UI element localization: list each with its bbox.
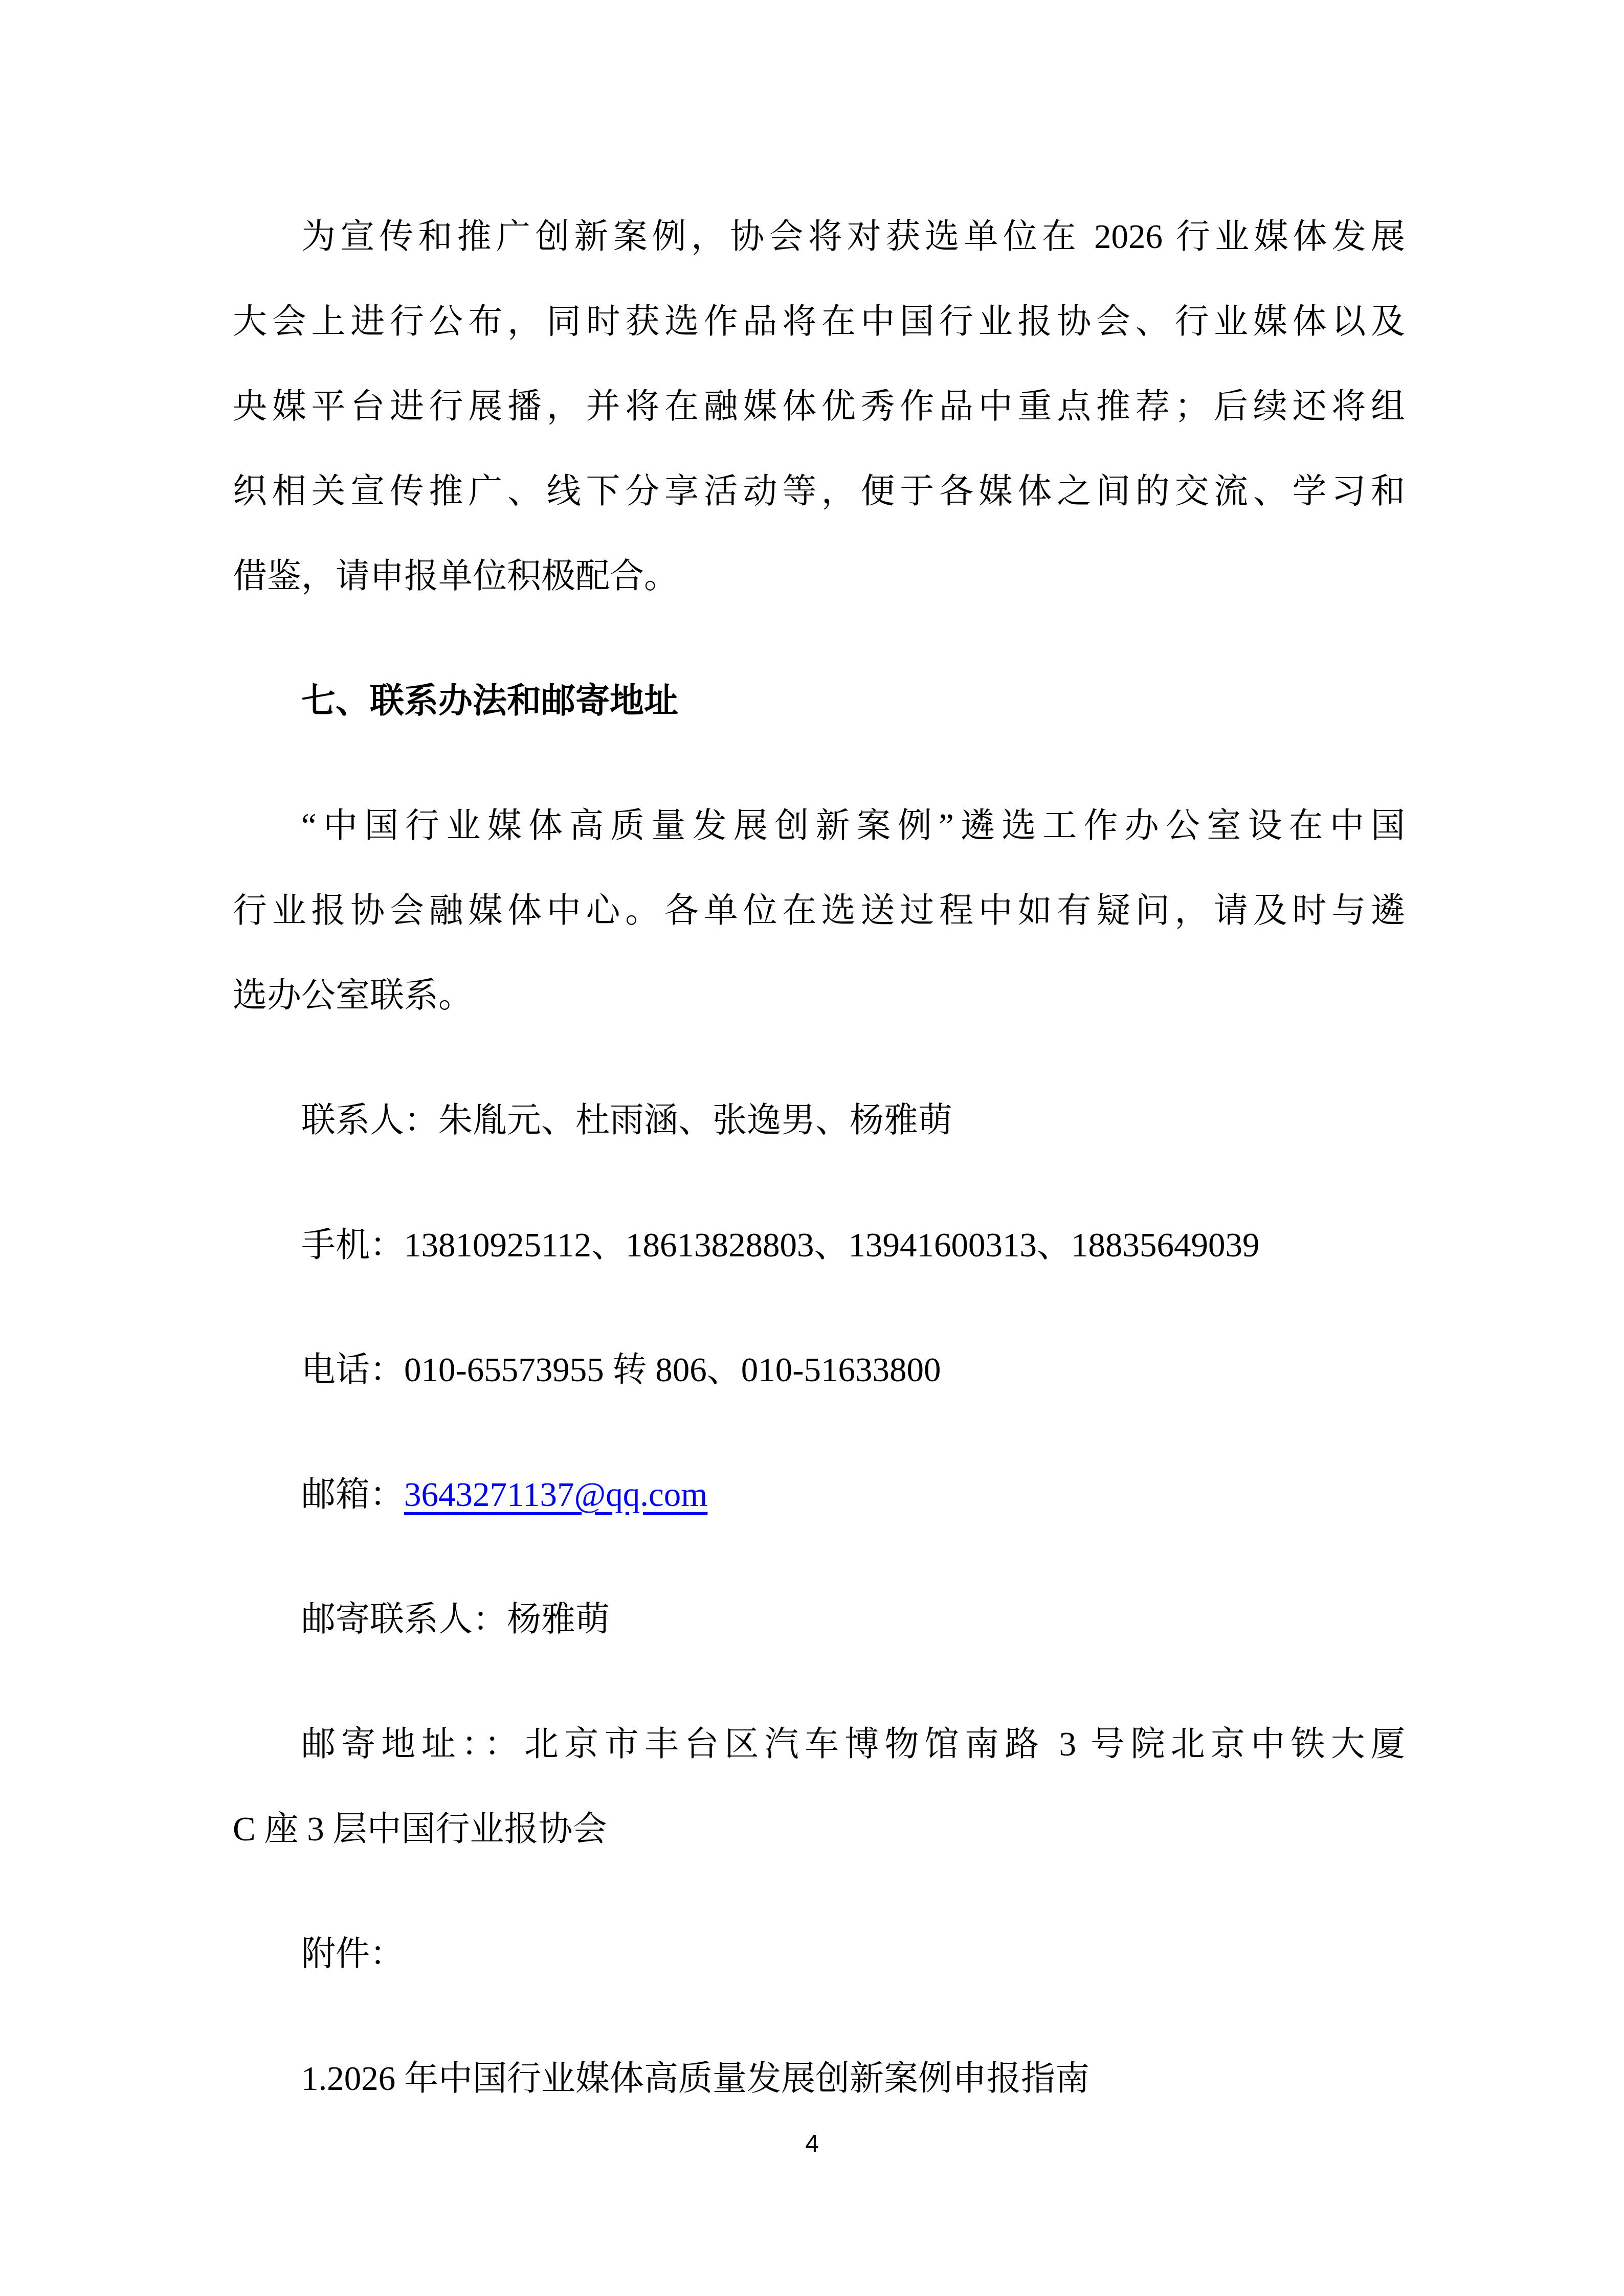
promo-paragraph: 为宣传和推广创新案例，协会将对获选单位在 2026 行业媒体发展 大会上进行公布…: [233, 194, 1405, 619]
mobile-line: 手机：13810925112、18613828803、13941600313、1…: [233, 1203, 1405, 1288]
mail-address-paragraph: 邮寄地址：：北京市丰台区汽车博物馆南路 3 号院北京中铁大厦 C 座 3 层中国…: [233, 1702, 1405, 1872]
promo-line-2: 大会上进行公布，同时获选作品将在中国行业报协会、行业媒体以及: [233, 279, 1405, 364]
mobile-text: 手机：13810925112、18613828803、13941600313、1…: [233, 1203, 1405, 1288]
promo-line-1: 为宣传和推广创新案例，协会将对获选单位在 2026 行业媒体发展: [233, 194, 1405, 279]
telephone-line: 电话：010-65573955 转 806、010-51633800: [233, 1327, 1405, 1412]
email-link[interactable]: 3643271137@qq.com: [404, 1476, 707, 1514]
attachments-label-line: 附件：: [233, 1911, 1405, 1996]
mail-address-line-2: C 座 3 层中国行业报协会: [233, 1787, 1405, 1872]
attachment-item-text: 1.2026 年中国行业媒体高质量发展创新案例申报指南: [233, 2036, 1405, 2121]
mail-address-line-1: 邮寄地址：：北京市丰台区汽车博物馆南路 3 号院北京中铁大厦: [233, 1702, 1405, 1787]
promo-line-5: 借鉴，请申报单位积极配合。: [233, 534, 1405, 619]
contact-person-text: 联系人：朱胤元、杜雨涵、张逸男、杨雅萌: [233, 1078, 1405, 1163]
document-page: 为宣传和推广创新案例，协会将对获选单位在 2026 行业媒体发展 大会上进行公布…: [0, 0, 1624, 2296]
office-line-3: 选办公室联系。: [233, 953, 1405, 1038]
email-line: 邮箱：3643271137@qq.com: [233, 1452, 1405, 1537]
document-body: 为宣传和推广创新案例，协会将对获选单位在 2026 行业媒体发展 大会上进行公布…: [233, 194, 1405, 2161]
section-heading-contact: 七、联系办法和邮寄地址: [233, 659, 1405, 744]
office-line-1: “中国行业媒体高质量发展创新案例”遴选工作办公室设在中国: [233, 783, 1405, 868]
telephone-text: 电话：010-65573955 转 806、010-51633800: [233, 1327, 1405, 1412]
mail-contact-text: 邮寄联系人：杨雅萌: [233, 1577, 1405, 1662]
mail-contact-line: 邮寄联系人：杨雅萌: [233, 1577, 1405, 1662]
promo-line-4: 织相关宣传推广、线下分享活动等，便于各媒体之间的交流、学习和: [233, 449, 1405, 534]
email-text: 邮箱：3643271137@qq.com: [233, 1452, 1405, 1537]
attachment-item-line: 1.2026 年中国行业媒体高质量发展创新案例申报指南: [233, 2036, 1405, 2121]
contact-person-line: 联系人：朱胤元、杜雨涵、张逸男、杨雅萌: [233, 1078, 1405, 1163]
page-number: 4: [0, 2130, 1624, 2158]
attachments-label-text: 附件：: [233, 1911, 1405, 1996]
email-label: 邮箱：: [301, 1476, 404, 1514]
promo-line-3: 央媒平台进行展播，并将在融媒体优秀作品中重点推荐；后续还将组: [233, 364, 1405, 449]
office-line-2: 行业报协会融媒体中心。各单位在选送过程中如有疑问，请及时与遴: [233, 868, 1405, 953]
office-paragraph: “中国行业媒体高质量发展创新案例”遴选工作办公室设在中国 行业报协会融媒体中心。…: [233, 783, 1405, 1038]
